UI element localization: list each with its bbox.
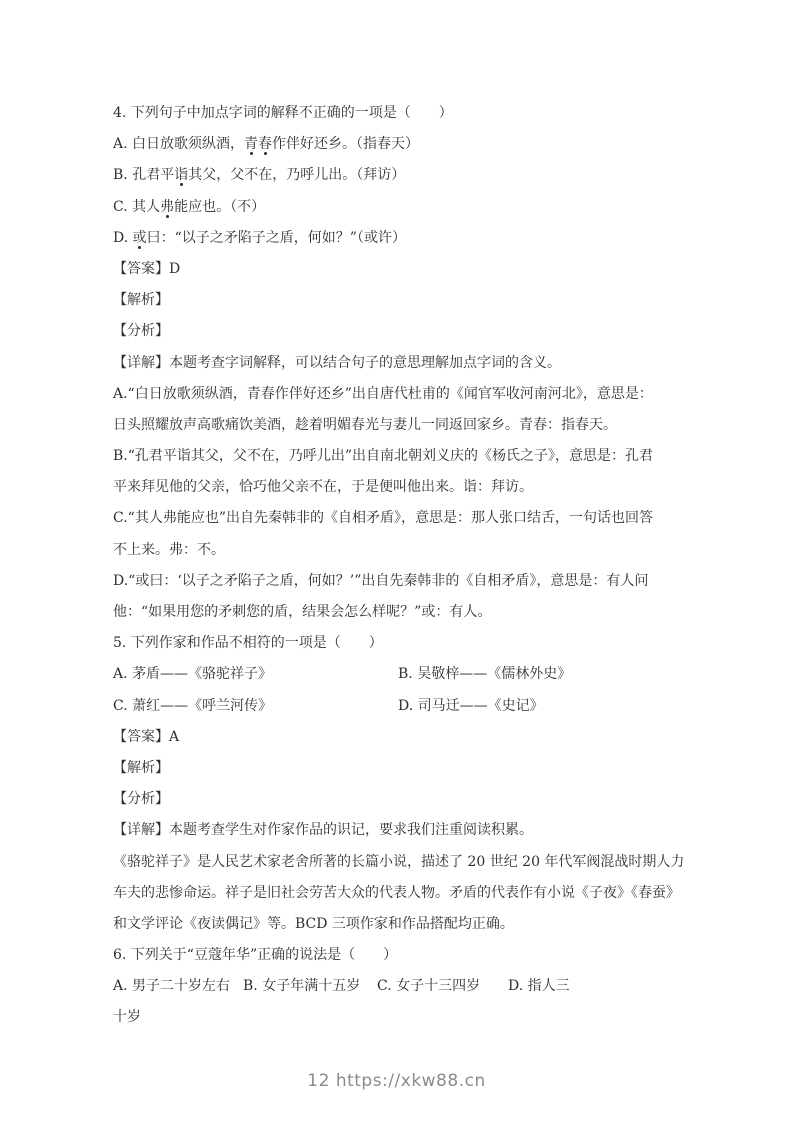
question-5-answer: 【答案】A bbox=[113, 726, 689, 757]
text-segment: 【答案】D bbox=[113, 261, 180, 277]
question-5-fenxi-label: 【分析】 bbox=[113, 788, 689, 819]
text-segment: 4. 下列句子中加点字词的解释不正确的一项是（ ） bbox=[113, 105, 453, 121]
text-segment: C. 其人 bbox=[113, 199, 160, 215]
text-segment: B.“孔君平诣其父，父不在，乃呼儿出”出自南北朝刘义庆的《杨氏之子》，意思是：孔… bbox=[113, 448, 653, 464]
emphasized-char: 弗 bbox=[160, 196, 174, 218]
question-4-jiexi-label: 【解析】 bbox=[113, 289, 689, 320]
question-4-detail-line-4: B.“孔君平诣其父，父不在，乃呼儿出”出自南北朝刘义庆的《杨氏之子》，意思是：孔… bbox=[113, 445, 689, 476]
question-5-options-row-2-col-1: D. 司马迁——《史记》 bbox=[398, 695, 544, 717]
question-6-options-row-col-0: A. 男子二十岁左右 bbox=[113, 975, 230, 997]
question-4-stem: 4. 下列句子中加点字词的解释不正确的一项是（ ） bbox=[113, 102, 689, 133]
emphasized-char: 春 bbox=[258, 133, 272, 155]
footer-page-number-and-url: 12 https://xkw88.cn bbox=[307, 1071, 485, 1091]
text-segment: 能应也。（不） bbox=[174, 199, 265, 215]
text-segment: D.“或曰：‘以子之矛陷子之盾，何如？’”出自先秦韩非的《自相矛盾》，意思是：有… bbox=[113, 573, 648, 589]
text-segment: C.“其人弗能应也”出自先秦韩非的《自相矛盾》，意思是：那人张口结舌，一句话也回… bbox=[113, 510, 653, 526]
question-4-answer: 【答案】D bbox=[113, 258, 689, 289]
question-4-option-c: C. 其人弗能应也。（不） bbox=[113, 196, 689, 227]
text-segment: 曰：“以子之矛陷子之盾，何如？”（或许） bbox=[147, 230, 406, 246]
text-segment: 【分析】 bbox=[113, 323, 169, 339]
question-4-option-a: A. 白日放歌须纵酒，青春作伴好还乡。（指春天） bbox=[113, 133, 689, 164]
text-segment: 5. 下列作家和作品不相符的一项是（ ） bbox=[113, 635, 383, 651]
question-4-detail-line-2: A.“白日放歌须纵酒，青春作伴好还乡”出自唐代杜甫的《闻官军收河南河北》，意思是… bbox=[113, 383, 689, 414]
question-4-fenxi-label: 【分析】 bbox=[113, 320, 689, 351]
question-5-options-row-1-col-1: B. 吴敬梓——《儒林外史》 bbox=[398, 663, 571, 685]
emphasized-char: 诣 bbox=[174, 164, 188, 186]
question-5-detail-line-1: 【详解】本题考查学生对作家作品的识记，要求我们注重阅读积累。 bbox=[113, 819, 689, 850]
text-segment: 日头照耀放声高歌痛饮美酒，趁着明媚春光与妻儿一同返回家乡。青春：指春天。 bbox=[113, 417, 617, 433]
text-segment: 【详解】本题考查字词解释，可以结合句子的意思理解加点字词的含义。 bbox=[113, 355, 561, 371]
question-5-stem: 5. 下列作家和作品不相符的一项是（ ） bbox=[113, 632, 689, 663]
question-4-detail-line-7: 不上来。弗：不。 bbox=[113, 539, 689, 570]
question-5-jiexi-label: 【解析】 bbox=[113, 757, 689, 788]
question-4-detail-line-5: 平来拜见他的父亲，恰巧他父亲不在，于是便叫他出来。诣：拜访。 bbox=[113, 476, 689, 507]
text-segment: 不上来。弗：不。 bbox=[113, 542, 225, 558]
question-4-detail-line-3: 日头照耀放声高歌痛饮美酒，趁着明媚春光与妻儿一同返回家乡。青春：指春天。 bbox=[113, 414, 689, 445]
text-segment: 平来拜见他的父亲，恰巧他父亲不在，于是便叫他出来。诣：拜访。 bbox=[113, 479, 533, 495]
question-6-options-row-col-2: C. 女子十三四岁 bbox=[377, 975, 480, 997]
question-4-detail-line-1: 【详解】本题考查字词解释，可以结合句子的意思理解加点字词的含义。 bbox=[113, 352, 689, 383]
text-segment: 【解析】 bbox=[113, 292, 169, 308]
text-segment: 【分析】 bbox=[113, 791, 169, 807]
question-4-detail-line-8: D.“或曰：‘以子之矛陷子之盾，何如？’”出自先秦韩非的《自相矛盾》，意思是：有… bbox=[113, 570, 689, 601]
text-segment: 他：“如果用您的矛刺您的盾，结果会怎么样呢？”或：有人。 bbox=[113, 604, 491, 620]
text-segment: 其父，父不在，乃呼儿出。（拜访） bbox=[188, 167, 405, 183]
question-5-detail-line-3: 车夫的悲惨命运。祥子是旧社会劳苦大众的代表人物。矛盾的代表作有小说《子夜》《春蚕… bbox=[113, 882, 689, 913]
document-content: 4. 下列句子中加点字词的解释不正确的一项是（ ）A. 白日放歌须纵酒，青春作伴… bbox=[113, 102, 689, 1038]
emphasized-char: 或 bbox=[133, 227, 147, 249]
question-6-options-row-col-3: D. 指人三 bbox=[508, 975, 570, 997]
question-5-options-row-2-col-0: C. 萧红——《呼兰河传》 bbox=[113, 695, 272, 717]
page-footer: 12 https://xkw88.cn bbox=[0, 1069, 793, 1093]
question-5-detail-line-2: 《骆驼祥子》是人民艺术家老舍所著的长篇小说，描述了 20 世纪 20 年代军阀混… bbox=[113, 851, 689, 882]
text-segment: B. 孔君平 bbox=[113, 167, 174, 183]
question-4-detail-line-6: C.“其人弗能应也”出自先秦韩非的《自相矛盾》，意思是：那人张口结舌，一句话也回… bbox=[113, 507, 689, 538]
text-segment: 6. 下列关于“豆蔻年华”正确的说法是（ ） bbox=[113, 947, 397, 963]
text-segment: 车夫的悲惨命运。祥子是旧社会劳苦大众的代表人物。矛盾的代表作有小说《子夜》《春蚕… bbox=[113, 885, 680, 901]
question-5-options-row-1: A. 茅盾——《骆驼祥子》B. 吴敬梓——《儒林外史》 bbox=[113, 663, 689, 694]
question-4-detail-line-9: 他：“如果用您的矛刺您的盾，结果会怎么样呢？”或：有人。 bbox=[113, 601, 689, 632]
question-4-option-d: D. 或曰：“以子之矛陷子之盾，何如？”（或许） bbox=[113, 227, 689, 258]
question-6-options-row: A. 男子二十岁左右B. 女子年满十五岁C. 女子十三四岁D. 指人三 bbox=[113, 975, 689, 1006]
question-4-option-b: B. 孔君平诣其父，父不在，乃呼儿出。（拜访） bbox=[113, 164, 689, 195]
emphasized-char: 青 bbox=[244, 133, 258, 155]
text-segment: 【详解】本题考查学生对作家作品的识记，要求我们注重阅读积累。 bbox=[113, 822, 533, 838]
text-segment: 十岁 bbox=[113, 1009, 141, 1025]
question-5-options-row-2: C. 萧红——《呼兰河传》D. 司马迁——《史记》 bbox=[113, 695, 689, 726]
text-segment: 作伴好还乡。（指春天） bbox=[272, 136, 419, 152]
question-6-option-d-wrap: 十岁 bbox=[113, 1006, 689, 1037]
question-5-detail-line-4: 和文学评论《夜读偶记》等。BCD 三项作家和作品搭配均正确。 bbox=[113, 913, 689, 944]
text-segment: 和文学评论《夜读偶记》等。BCD 三项作家和作品搭配均正确。 bbox=[113, 916, 514, 932]
text-segment: 【答案】A bbox=[113, 729, 179, 745]
document-page: 4. 下列句子中加点字词的解释不正确的一项是（ ）A. 白日放歌须纵酒，青春作伴… bbox=[0, 0, 793, 1122]
text-segment: A. 白日放歌须纵酒， bbox=[113, 136, 244, 152]
question-6-stem: 6. 下列关于“豆蔻年华”正确的说法是（ ） bbox=[113, 944, 689, 975]
text-segment: D. bbox=[113, 230, 133, 246]
text-segment: 《骆驼祥子》是人民艺术家老舍所著的长篇小说，描述了 20 世纪 20 年代军阀混… bbox=[113, 854, 684, 870]
text-segment: A.“白日放歌须纵酒，青春作伴好还乡”出自唐代杜甫的《闻官军收河南河北》，意思是… bbox=[113, 386, 653, 402]
question-5-options-row-1-col-0: A. 茅盾——《骆驼祥子》 bbox=[113, 663, 272, 685]
text-segment: 【解析】 bbox=[113, 760, 169, 776]
question-6-options-row-col-1: B. 女子年满十五岁 bbox=[243, 975, 360, 997]
